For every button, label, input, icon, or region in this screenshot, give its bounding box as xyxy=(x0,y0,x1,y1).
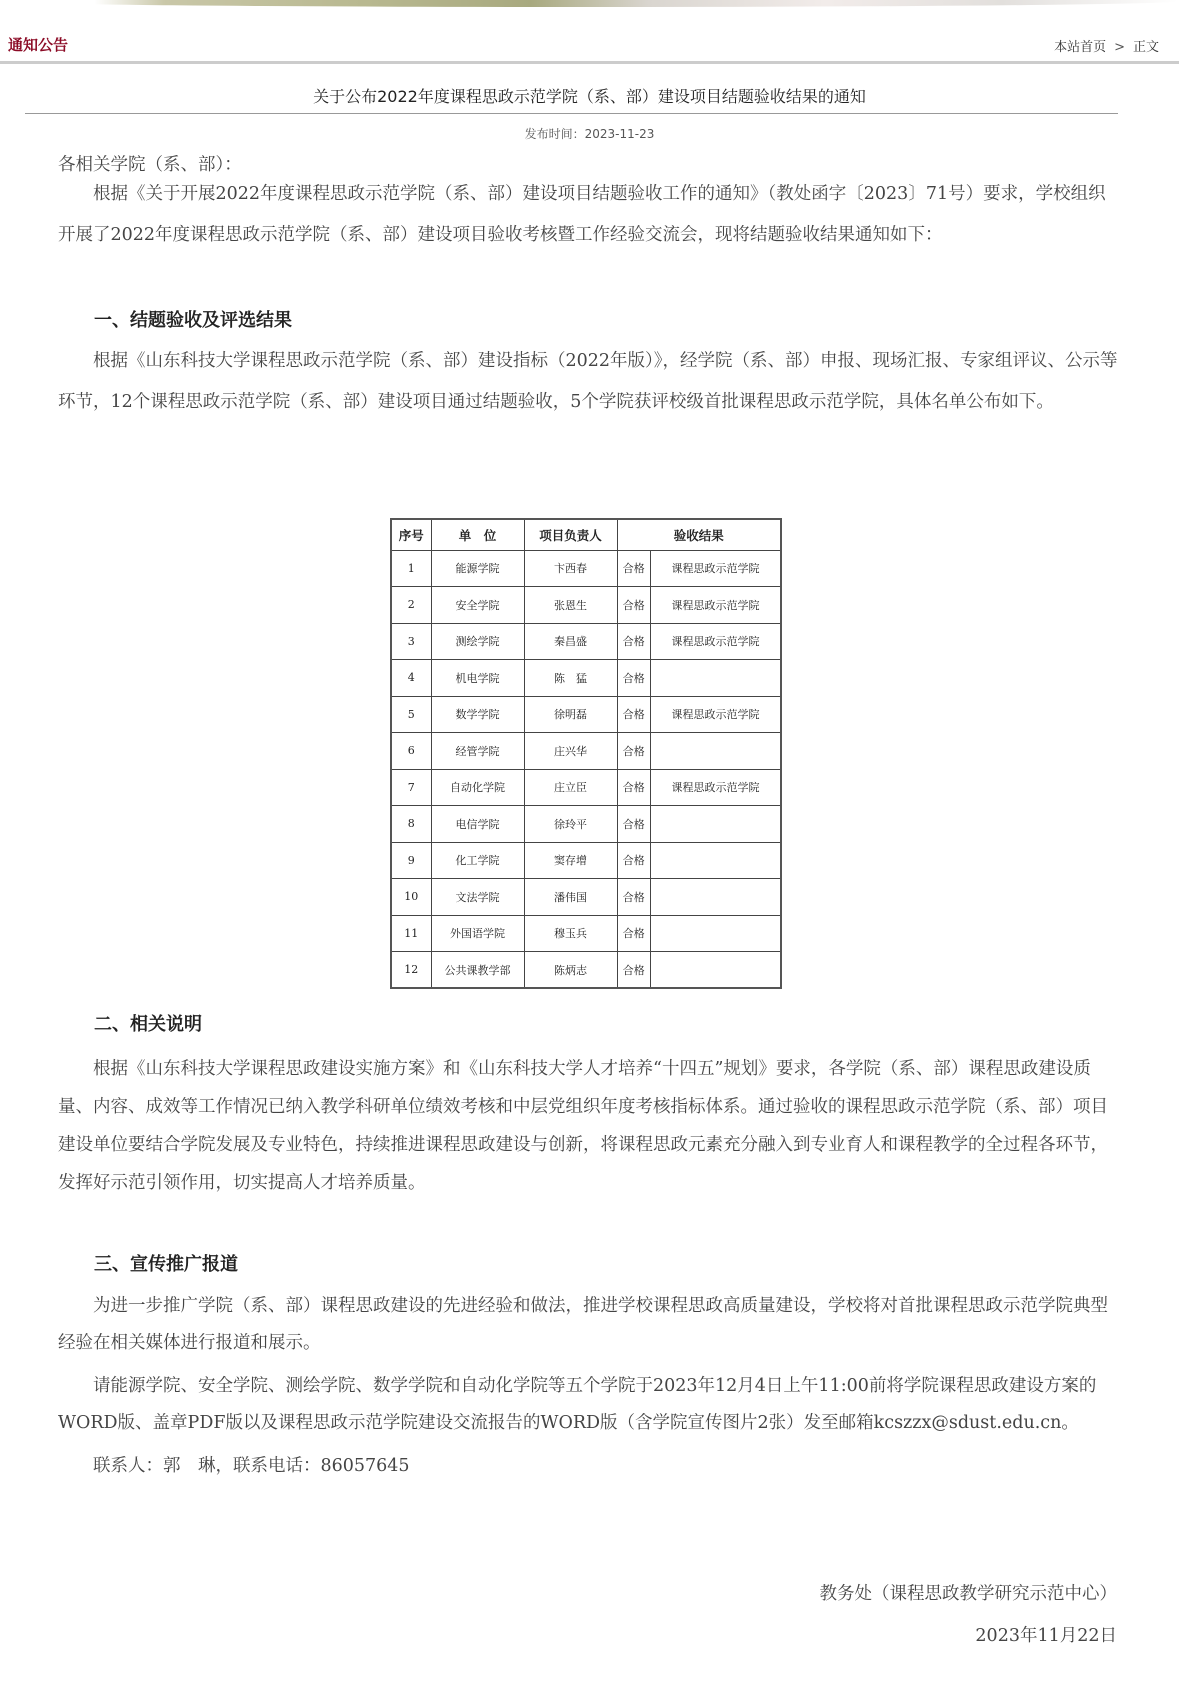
table-header-row: 序号 单 位 项目负责人 验收结果 xyxy=(391,519,781,550)
cell-no: 10 xyxy=(391,879,431,916)
cell-no: 3 xyxy=(391,623,431,660)
cell-award: 课程思政示范学院 xyxy=(651,623,781,660)
cell-pass: 合格 xyxy=(617,587,651,624)
table-row: 5数学学院徐明磊合格课程思政示范学院 xyxy=(391,696,781,733)
cell-leader: 徐明磊 xyxy=(524,696,617,733)
section-1-body: 根据《山东科技大学课程思政示范学院（系、部）建设指标（2022年版）》，经学院（… xyxy=(58,341,1118,423)
cell-unit: 电信学院 xyxy=(431,806,524,843)
cell-leader: 陈炳志 xyxy=(524,952,617,989)
section-1-heading: 一、结题验收及评选结果 xyxy=(58,300,1118,341)
cell-leader: 卞西春 xyxy=(524,550,617,587)
column-title: 通知公告 xyxy=(8,34,68,55)
cell-leader: 徐玲平 xyxy=(524,806,617,843)
cell-unit: 数学学院 xyxy=(431,696,524,733)
cell-award: 课程思政示范学院 xyxy=(651,696,781,733)
column-header: 通知公告 本站首页>正文 xyxy=(0,30,1179,64)
table-row: 2安全学院张恩生合格课程思政示范学院 xyxy=(391,587,781,624)
cell-pass: 合格 xyxy=(617,733,651,770)
cell-award xyxy=(651,879,781,916)
cell-award xyxy=(651,806,781,843)
breadcrumb-current: 正文 xyxy=(1133,40,1159,55)
cell-leader: 潘伟国 xyxy=(524,879,617,916)
section-1: 一、结题验收及评选结果 xyxy=(58,300,1118,341)
cell-unit: 经管学院 xyxy=(431,733,524,770)
cell-leader: 窦存增 xyxy=(524,842,617,879)
cell-award xyxy=(651,915,781,952)
cell-award xyxy=(651,842,781,879)
cell-unit: 机电学院 xyxy=(431,660,524,697)
cell-no: 12 xyxy=(391,952,431,989)
table-row: 10文法学院潘伟国合格 xyxy=(391,879,781,916)
cell-pass: 合格 xyxy=(617,879,651,916)
cell-no: 7 xyxy=(391,769,431,806)
contact-info: 联系人：郭 琳，联系电话：86057645 xyxy=(58,1448,1118,1485)
cell-unit: 外国语学院 xyxy=(431,915,524,952)
table-row: 12公共课教学部陈炳志合格 xyxy=(391,952,781,989)
results-table-wrap: 序号 单 位 项目负责人 验收结果 1能源学院卞西春合格课程思政示范学院 2安全… xyxy=(390,518,782,986)
signature-date: 2023年11月22日 xyxy=(975,1622,1117,1647)
intro-block: 根据《关于开展2022年度课程思政示范学院（系、部）建设项目结题验收工作的通知》… xyxy=(58,174,1118,256)
header-unit: 单 位 xyxy=(431,519,524,550)
cell-leader: 秦昌盛 xyxy=(524,623,617,660)
publish-label: 发布时间： xyxy=(525,127,585,141)
cell-pass: 合格 xyxy=(617,696,651,733)
table-row: 6经管学院庄兴华合格 xyxy=(391,733,781,770)
section-2-paragraph: 根据《山东科技大学课程思政建设实施方案》和《山东科技大学人才培养“十四五”规划》… xyxy=(58,1050,1118,1202)
section-3-heading: 三、宣传推广报道 xyxy=(58,1244,1118,1285)
cell-no: 2 xyxy=(391,587,431,624)
cell-unit: 测绘学院 xyxy=(431,623,524,660)
table-row: 9化工学院窦存增合格 xyxy=(391,842,781,879)
cell-unit: 公共课教学部 xyxy=(431,952,524,989)
signature-org: 教务处（课程思政教学研究示范中心） xyxy=(820,1580,1118,1605)
header-banner-image xyxy=(0,0,1179,7)
cell-no: 1 xyxy=(391,550,431,587)
cell-award: 课程思政示范学院 xyxy=(651,769,781,806)
cell-leader: 张恩生 xyxy=(524,587,617,624)
cell-leader: 庄兴华 xyxy=(524,733,617,770)
cell-leader: 穆玉兵 xyxy=(524,915,617,952)
section-2-heading: 二、相关说明 xyxy=(58,1004,1118,1045)
cell-no: 5 xyxy=(391,696,431,733)
header-no: 序号 xyxy=(391,519,431,550)
cell-unit: 安全学院 xyxy=(431,587,524,624)
breadcrumb-separator: > xyxy=(1114,40,1125,55)
cell-pass: 合格 xyxy=(617,952,651,989)
section-1-paragraph: 根据《山东科技大学课程思政示范学院（系、部）建设指标（2022年版）》，经学院（… xyxy=(58,341,1118,423)
table-row: 1能源学院卞西春合格课程思政示范学院 xyxy=(391,550,781,587)
publish-time: 发布时间：2023-11-23 xyxy=(0,125,1179,142)
intro-paragraph: 根据《关于开展2022年度课程思政示范学院（系、部）建设项目结题验收工作的通知》… xyxy=(58,174,1118,256)
header-leader: 项目负责人 xyxy=(524,519,617,550)
title-divider xyxy=(25,113,1118,114)
cell-pass: 合格 xyxy=(617,769,651,806)
section-3-body: 为进一步推广学院（系、部）课程思政建设的先进经验和做法，推进学校课程思政高质量建… xyxy=(58,1288,1118,1485)
cell-no: 6 xyxy=(391,733,431,770)
section-3-paragraph-1: 为进一步推广学院（系、部）课程思政建设的先进经验和做法，推进学校课程思政高质量建… xyxy=(58,1288,1118,1362)
breadcrumb: 本站首页>正文 xyxy=(1054,36,1159,55)
section-2-body: 根据《山东科技大学课程思政建设实施方案》和《山东科技大学人才培养“十四五”规划》… xyxy=(58,1050,1118,1202)
cell-pass: 合格 xyxy=(617,660,651,697)
cell-unit: 能源学院 xyxy=(431,550,524,587)
table-row: 7自动化学院庄立臣合格课程思政示范学院 xyxy=(391,769,781,806)
cell-no: 9 xyxy=(391,842,431,879)
section-2: 二、相关说明 xyxy=(58,1004,1118,1045)
cell-award: 课程思政示范学院 xyxy=(651,587,781,624)
section-3-paragraph-2: 请能源学院、安全学院、测绘学院、数学学院和自动化学院等五个学院于2023年12月… xyxy=(58,1368,1118,1442)
cell-pass: 合格 xyxy=(617,623,651,660)
section-3: 三、宣传推广报道 xyxy=(58,1244,1118,1285)
cell-pass: 合格 xyxy=(617,806,651,843)
article-title: 关于公布2022年度课程思政示范学院（系、部）建设项目结题验收结果的通知 xyxy=(25,84,1154,107)
cell-unit: 文法学院 xyxy=(431,879,524,916)
cell-pass: 合格 xyxy=(617,915,651,952)
cell-unit: 化工学院 xyxy=(431,842,524,879)
results-table: 序号 单 位 项目负责人 验收结果 1能源学院卞西春合格课程思政示范学院 2安全… xyxy=(390,518,782,989)
cell-award xyxy=(651,733,781,770)
table-row: 11外国语学院穆玉兵合格 xyxy=(391,915,781,952)
publish-date: 2023-11-23 xyxy=(585,127,655,141)
cell-no: 11 xyxy=(391,915,431,952)
table-row: 4机电学院陈 猛合格 xyxy=(391,660,781,697)
cell-leader: 庄立臣 xyxy=(524,769,617,806)
cell-no: 4 xyxy=(391,660,431,697)
cell-pass: 合格 xyxy=(617,550,651,587)
cell-award xyxy=(651,660,781,697)
header-result: 验收结果 xyxy=(617,519,781,550)
cell-leader: 陈 猛 xyxy=(524,660,617,697)
cell-award xyxy=(651,952,781,989)
cell-no: 8 xyxy=(391,806,431,843)
cell-award: 课程思政示范学院 xyxy=(651,550,781,587)
cell-pass: 合格 xyxy=(617,842,651,879)
cell-unit: 自动化学院 xyxy=(431,769,524,806)
breadcrumb-home-link[interactable]: 本站首页 xyxy=(1054,40,1106,55)
table-row: 3测绘学院秦昌盛合格课程思政示范学院 xyxy=(391,623,781,660)
table-row: 8电信学院徐玲平合格 xyxy=(391,806,781,843)
